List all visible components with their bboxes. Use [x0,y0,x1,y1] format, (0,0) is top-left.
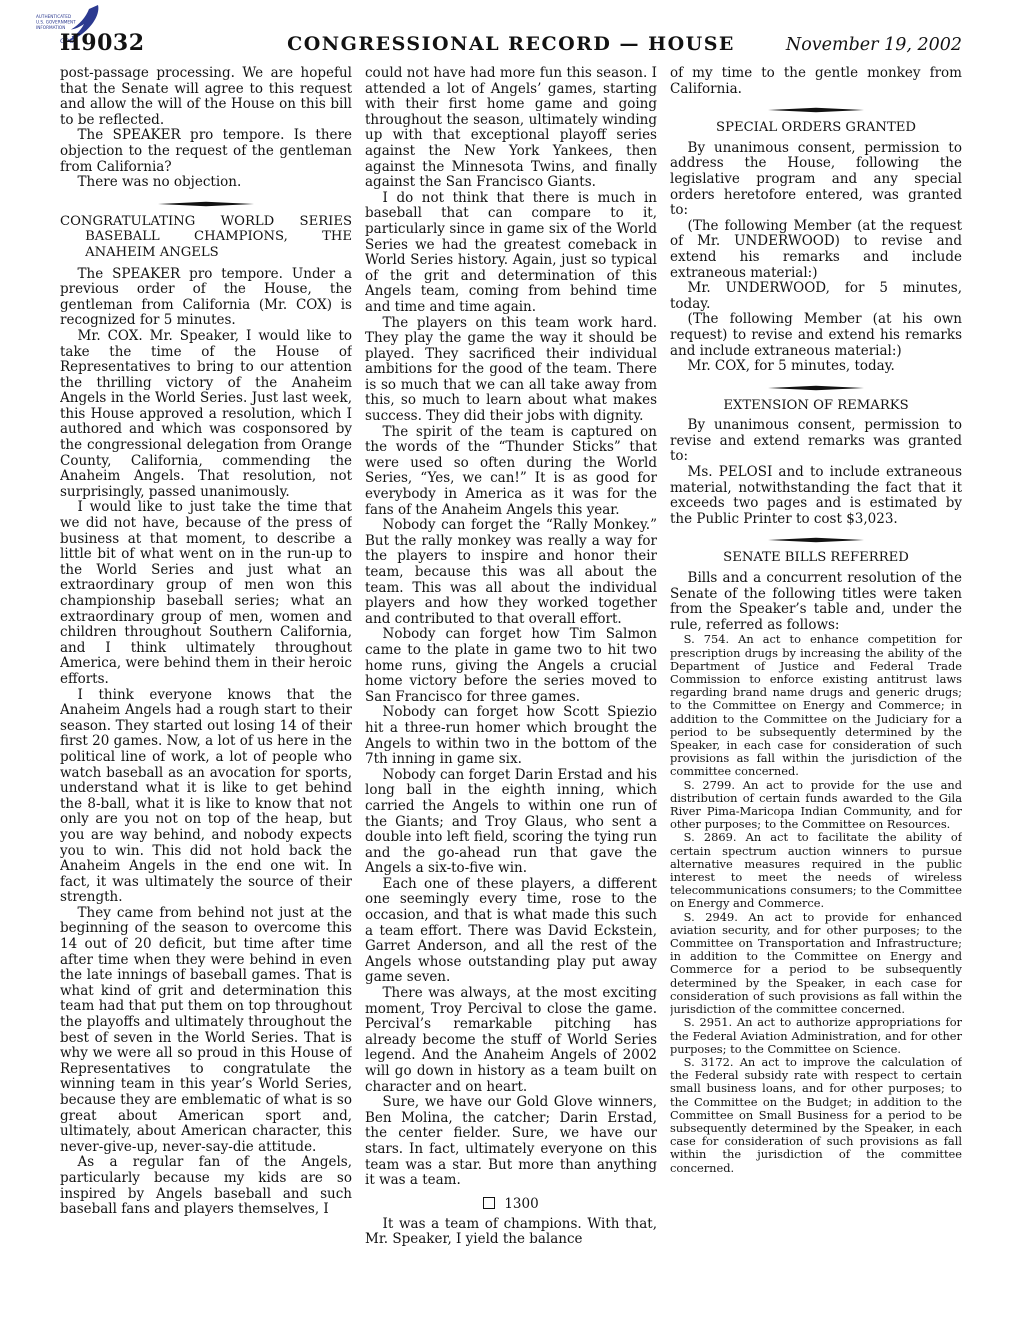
paragraph: Nobody can forget the “Rally Monkey.” Bu… [365,518,657,627]
bill-item: S. 2869. An act to facilitate the abilit… [670,831,962,910]
section-separator [670,535,962,543]
gpo-logo-line1: AUTHENTICATED [36,14,71,19]
paragraph: I would like to just take the time that … [60,500,352,687]
page-number: H9032 [60,30,275,56]
paragraph: They came from behind not just at the be… [60,906,352,1156]
paragraph: I do not think that there is much in bas… [365,191,657,316]
separator-rule-icon [768,107,864,113]
paragraph: I think everyone knows that the Anaheim … [60,688,352,906]
bill-item: S. 754. An act to enhance competition fo… [670,633,962,778]
paragraph: Each one of these players, a different o… [365,877,657,986]
paragraph: post-passage processing. We are hopeful … [60,66,352,128]
bill-item: S. 3172. An act to improve the calculati… [670,1056,962,1175]
paragraph: Mr. COX, for 5 minutes, today. [670,359,962,375]
paragraph: By unanimous consent, permission to addr… [670,141,962,219]
bill-item: S. 2949. An act to provide for enhanced … [670,911,962,1017]
time-marker: 1300 [365,1196,657,1212]
paragraph: There was always, at the most exciting m… [365,986,657,1095]
paragraph: could not have had more fun this season.… [365,66,657,191]
paragraph: The SPEAKER pro tempore. Is there object… [60,128,352,175]
paragraph: The spirit of the team is captured on th… [365,425,657,519]
paragraph: By unanimous consent, permission to revi… [670,418,962,465]
column-3: of my time to the gentle monkey from Cal… [670,66,962,1302]
paragraph: Nobody can forget how Tim Salmon came to… [365,627,657,705]
paragraph: Sure, we have our Gold Glove winners, Be… [365,1095,657,1189]
section-heading: EXTENSION OF REMARKS [670,398,962,414]
paragraph: (The following Member (at his own reques… [670,312,962,359]
separator-rule-icon [768,537,864,543]
congressional-record-page: AUTHENTICATED U.S. GOVERNMENT INFORMATIO… [0,0,1020,1320]
text-columns: post-passage processing. We are hopeful … [60,66,962,1302]
paragraph: Ms. PELOSI and to include extraneous mat… [670,465,962,527]
time-box-icon [483,1197,495,1209]
separator-rule-icon [768,385,864,391]
page-header: H9032 CONGRESSIONAL RECORD — HOUSE Novem… [60,30,962,62]
issue-date: November 19, 2002 [747,35,962,55]
section-heading: SPECIAL ORDERS GRANTED [670,120,962,136]
paragraph: It was a team of champions. With that, M… [365,1217,657,1248]
paragraph: Nobody can forget how Scott Spiezio hit … [365,705,657,767]
paragraph: As a regular fan of the Angels, particul… [60,1155,352,1217]
time-marker-text: 1300 [504,1196,538,1212]
paragraph: There was no objection. [60,175,352,191]
paragraph: Mr. UNDERWOOD, for 5 minutes, today. [670,281,962,312]
paragraph: The players on this team work hard. They… [365,316,657,425]
paragraph: Mr. COX. Mr. Speaker, I would like to ta… [60,329,352,501]
paragraph: (The following Member (at the request of… [670,219,962,281]
section-separator [670,383,962,391]
section-separator [670,105,962,113]
paragraph: of my time to the gentle monkey from Cal… [670,66,962,97]
paragraph: Bills and a concurrent resolution of the… [670,571,962,633]
column-1: post-passage processing. We are hopeful … [60,66,352,1302]
separator-rule-icon [158,201,254,207]
bill-item: S. 2799. An act to provide for the use a… [670,779,962,832]
section-heading: CONGRATULATING WORLD SERIES BASEBALL CHA… [60,214,352,261]
column-2: could not have had more fun this season.… [365,66,657,1302]
paragraph: Nobody can forget Darin Erstad and his l… [365,768,657,877]
paragraph: The SPEAKER pro tempore. Under a previou… [60,267,352,329]
gpo-logo-line2: U.S. GOVERNMENT [36,20,76,25]
section-separator [60,199,352,207]
bill-item: S. 2951. An act to authorize appropriati… [670,1016,962,1056]
masthead-title: CONGRESSIONAL RECORD — HOUSE [275,33,747,55]
section-heading: SENATE BILLS REFERRED [670,550,962,566]
